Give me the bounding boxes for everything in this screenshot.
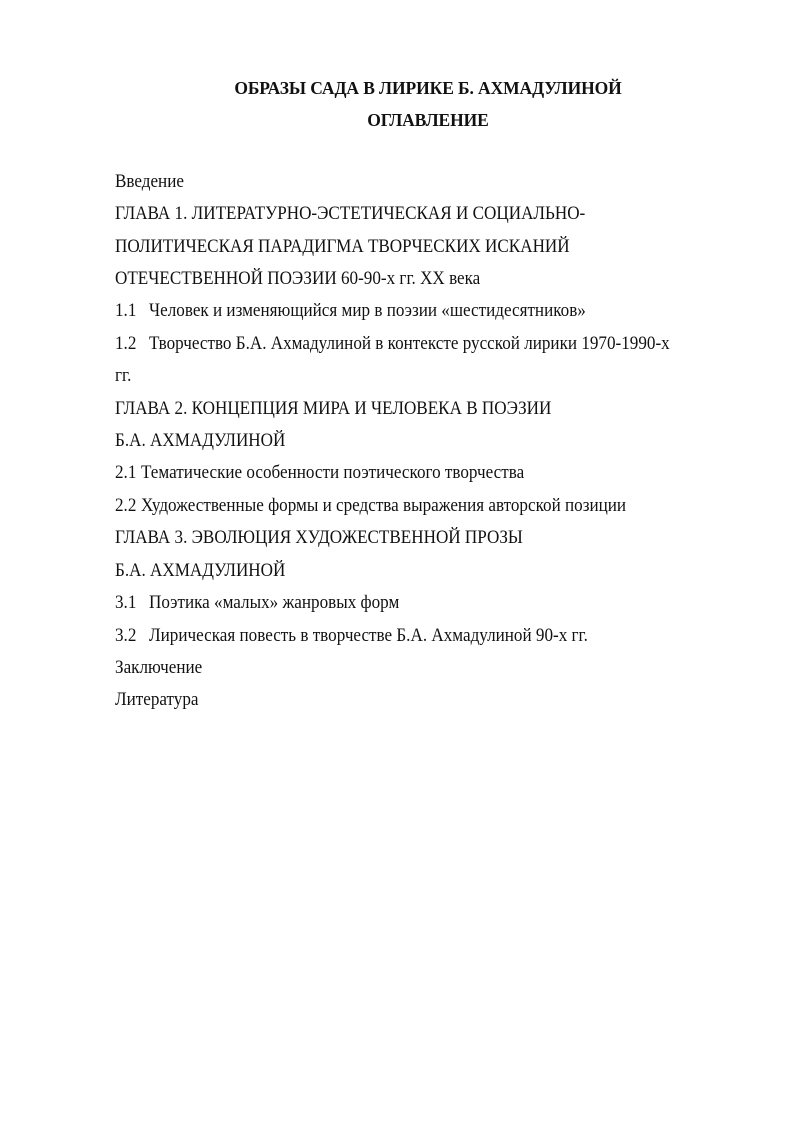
toc-item-chapter-3-cont: Б.А. АХМАДУЛИНОЙ (115, 555, 741, 587)
toc-item-2-2: 2.2Художественные формы и средства выраж… (115, 490, 741, 522)
toc-item-3-2: 3.2Лирическая повесть в творчестве Б.А. … (115, 620, 741, 652)
blank-line (115, 137, 741, 166)
table-of-contents: Введение ГЛАВА 1. ЛИТЕРАТУРНО-ЭСТЕТИЧЕСК… (115, 166, 741, 717)
toc-item-chapter-2-cont: Б.А. АХМАДУЛИНОЙ (115, 425, 741, 457)
toc-item-chapter-1: ГЛАВА 1. ЛИТЕРАТУРНО-ЭСТЕТИЧЕСКАЯ И СОЦИ… (115, 198, 741, 230)
toc-item-introduction: Введение (115, 166, 741, 198)
toc-number: 3.2 (115, 620, 149, 652)
toc-item-chapter-1-cont: ПОЛИТИЧЕСКАЯ ПАРАДИГМА ТВОРЧЕСКИХ ИСКАНИ… (115, 231, 741, 263)
document-title: ОБРАЗЫ САДА В ЛИРИКЕ Б. АХМАДУЛИНОЙ (115, 72, 741, 104)
toc-heading: ОГЛАВЛЕНИЕ (115, 104, 741, 136)
toc-number: 2.1 (115, 457, 136, 489)
toc-number: 1.2 (115, 328, 149, 360)
toc-number: 2.2 (115, 490, 136, 522)
toc-item-chapter-3: ГЛАВА 3. ЭВОЛЮЦИЯ ХУДОЖЕСТВЕННОЙ ПРОЗЫ (115, 522, 741, 554)
document-page: ОБРАЗЫ САДА В ЛИРИКЕ Б. АХМАДУЛИНОЙ ОГЛА… (115, 72, 741, 717)
toc-item-1-2: 1.2Творчество Б.А. Ахмадулиной в контекс… (115, 328, 741, 360)
toc-item-1-2-cont: гг. (115, 360, 741, 392)
toc-item-chapter-2: ГЛАВА 2. КОНЦЕПЦИЯ МИРА И ЧЕЛОВЕКА В ПОЭ… (115, 393, 741, 425)
toc-item-3-1: 3.1Поэтика «малых» жанровых форм (115, 587, 741, 619)
toc-item-bibliography: Литература (115, 684, 741, 716)
toc-number: 1.1 (115, 295, 149, 327)
toc-item-1-1: 1.1Человек и изменяющийся мир в поэзии «… (115, 295, 741, 327)
toc-item-2-1: 2.1Тематические особенности поэтического… (115, 457, 741, 489)
toc-item-conclusion: Заключение (115, 652, 741, 684)
toc-number: 3.1 (115, 587, 149, 619)
toc-item-chapter-1-cont: ОТЕЧЕСТВЕННОЙ ПОЭЗИИ 60-90-х гг. XX века (115, 263, 741, 295)
